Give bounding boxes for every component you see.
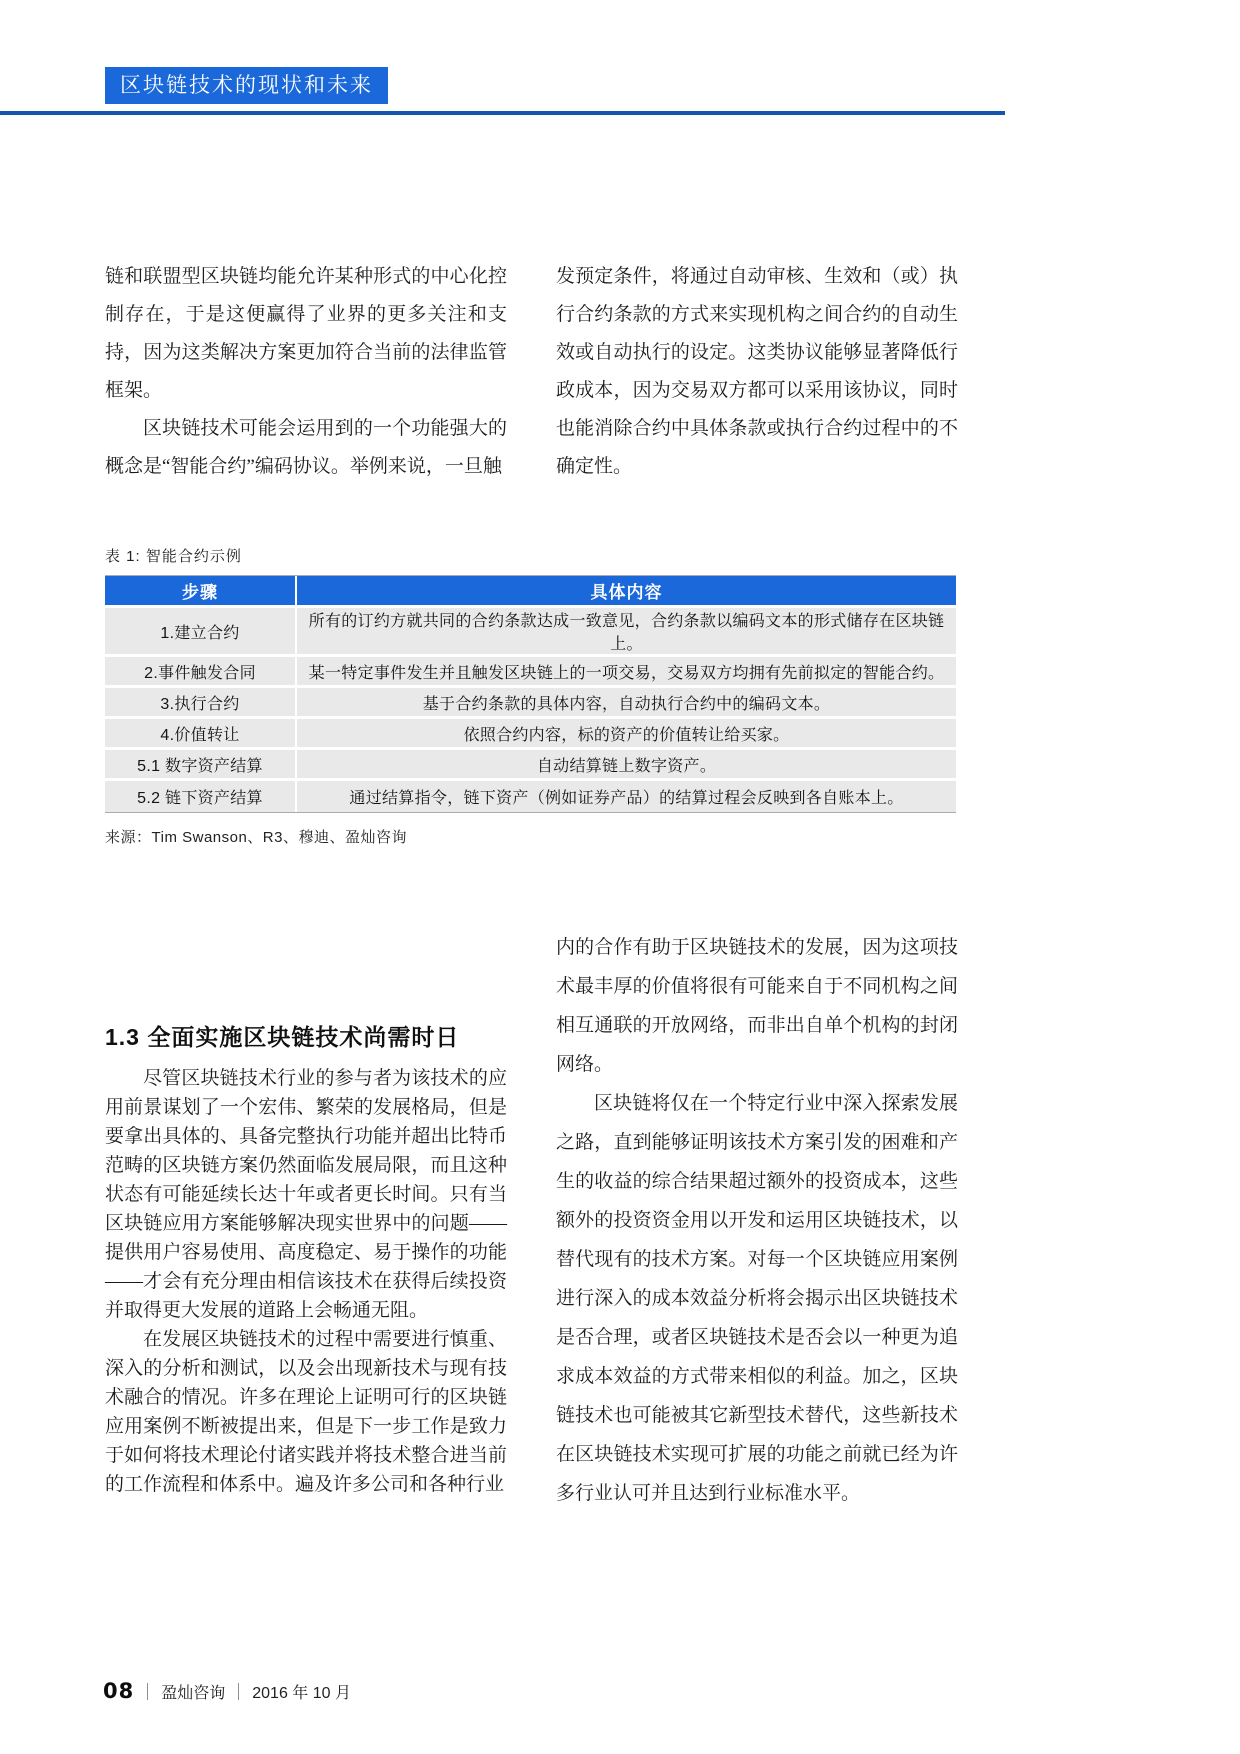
footer-date: 2016 年 10 月 [252, 1680, 351, 1703]
page-title: 区块链技术的现状和未来 [105, 67, 388, 104]
smart-contract-table: 步骤 具体内容 1.建立合约 所有的订约方就共同的合约条款达成一致意见，合约条款… [105, 575, 956, 813]
table-row: 5.2 链下资产结算 通过结算指令，链下资产（例如证券产品）的结算过程会反映到各… [105, 781, 956, 812]
table-cell-content: 通过结算指令，链下资产（例如证券产品）的结算过程会反映到各自账本上。 [297, 781, 956, 812]
top-left-column: 链和联盟型区块链均能允许某种形式的中心化控制存在，于是这便赢得了业界的更多关注和… [105, 258, 507, 486]
table-cell-step: 3.执行合约 [105, 688, 297, 719]
table-cell-content: 某一特定事件发生并且触发区块链上的一项交易，交易双方均拥有先前拟定的智能合约。 [297, 657, 956, 688]
section-right-column: 内的合作有助于区块链技术的发展，因为这项技术最丰厚的价值将很有可能来自于不同机构… [556, 928, 958, 1513]
table-row: 5.1 数字资产结算 自动结算链上数字资产。 [105, 750, 956, 781]
table-row: 1.建立合约 所有的订约方就共同的合约条款达成一致意见，合约条款以编码文本的形式… [105, 608, 956, 657]
header-rule [0, 111, 1005, 115]
table-cell-step: 1.建立合约 [105, 608, 297, 657]
table-cell-step: 5.2 链下资产结算 [105, 781, 297, 812]
page-footer: 08 盈灿咨询 2016 年 10 月 [103, 1679, 351, 1703]
table-cell-content: 依照合约内容，标的资产的价值转让给买家。 [297, 719, 956, 750]
paragraph: 内的合作有助于区块链技术的发展，因为这项技术最丰厚的价值将很有可能来自于不同机构… [556, 928, 958, 1084]
report-page: 区块链技术的现状和未来 链和联盟型区块链均能允许某种形式的中心化控制存在，于是这… [0, 0, 1240, 1754]
section-heading: 1.3 全面实施区块链技术尚需时日 [105, 1022, 507, 1052]
table-cell-step: 5.1 数字资产结算 [105, 750, 297, 781]
table-header-row: 步骤 具体内容 [105, 576, 956, 608]
table-caption: 表 1: 智能合约示例 [105, 545, 956, 566]
table-cell-step: 2.事件触发合同 [105, 657, 297, 688]
top-right-column: 发预定条件，将通过自动审核、生效和（或）执行合约条款的方式来实现机构之间合约的自… [556, 258, 958, 486]
paragraph: 区块链将仅在一个特定行业中深入探索发展之路，直到能够证明该技术方案引发的困难和产… [556, 1084, 958, 1513]
section-left-column: 1.3 全面实施区块链技术尚需时日 尽管区块链技术行业的参与者为该技术的应用前景… [105, 1022, 507, 1499]
paragraph: 发预定条件，将通过自动审核、生效和（或）执行合约条款的方式来实现机构之间合约的自… [556, 258, 958, 486]
footer-divider [147, 1683, 148, 1700]
page-number: 08 [103, 1679, 134, 1703]
column-header-step: 步骤 [105, 576, 297, 608]
table-source: 来源：Tim Swanson、R3、穆迪、盈灿咨询 [105, 826, 956, 847]
footer-brand: 盈灿咨询 [161, 1680, 225, 1703]
column-header-content: 具体内容 [297, 576, 956, 608]
smart-contract-table-block: 表 1: 智能合约示例 步骤 具体内容 1.建立合约 所有的订约方就共同的合约条… [105, 545, 956, 847]
paragraph: 链和联盟型区块链均能允许某种形式的中心化控制存在，于是这便赢得了业界的更多关注和… [105, 258, 507, 410]
table-cell-content: 基于合约条款的具体内容，自动执行合约中的编码文本。 [297, 688, 956, 719]
paragraph: 在发展区块链技术的过程中需要进行慎重、深入的分析和测试，以及会出现新技术与现有技… [105, 1325, 507, 1499]
paragraph: 区块链技术可能会运用到的一个功能强大的概念是“智能合约”编码协议。举例来说，一旦… [105, 410, 507, 486]
table-cell-content: 所有的订约方就共同的合约条款达成一致意见，合约条款以编码文本的形式储存在区块链上… [297, 608, 956, 657]
paragraph: 尽管区块链技术行业的参与者为该技术的应用前景谋划了一个宏伟、繁荣的发展格局，但是… [105, 1064, 507, 1325]
table-cell-content: 自动结算链上数字资产。 [297, 750, 956, 781]
table-row: 3.执行合约 基于合约条款的具体内容，自动执行合约中的编码文本。 [105, 688, 956, 719]
footer-divider [238, 1683, 239, 1700]
table-row: 4.价值转让 依照合约内容，标的资产的价值转让给买家。 [105, 719, 956, 750]
table-cell-step: 4.价值转让 [105, 719, 297, 750]
table-row: 2.事件触发合同 某一特定事件发生并且触发区块链上的一项交易，交易双方均拥有先前… [105, 657, 956, 688]
